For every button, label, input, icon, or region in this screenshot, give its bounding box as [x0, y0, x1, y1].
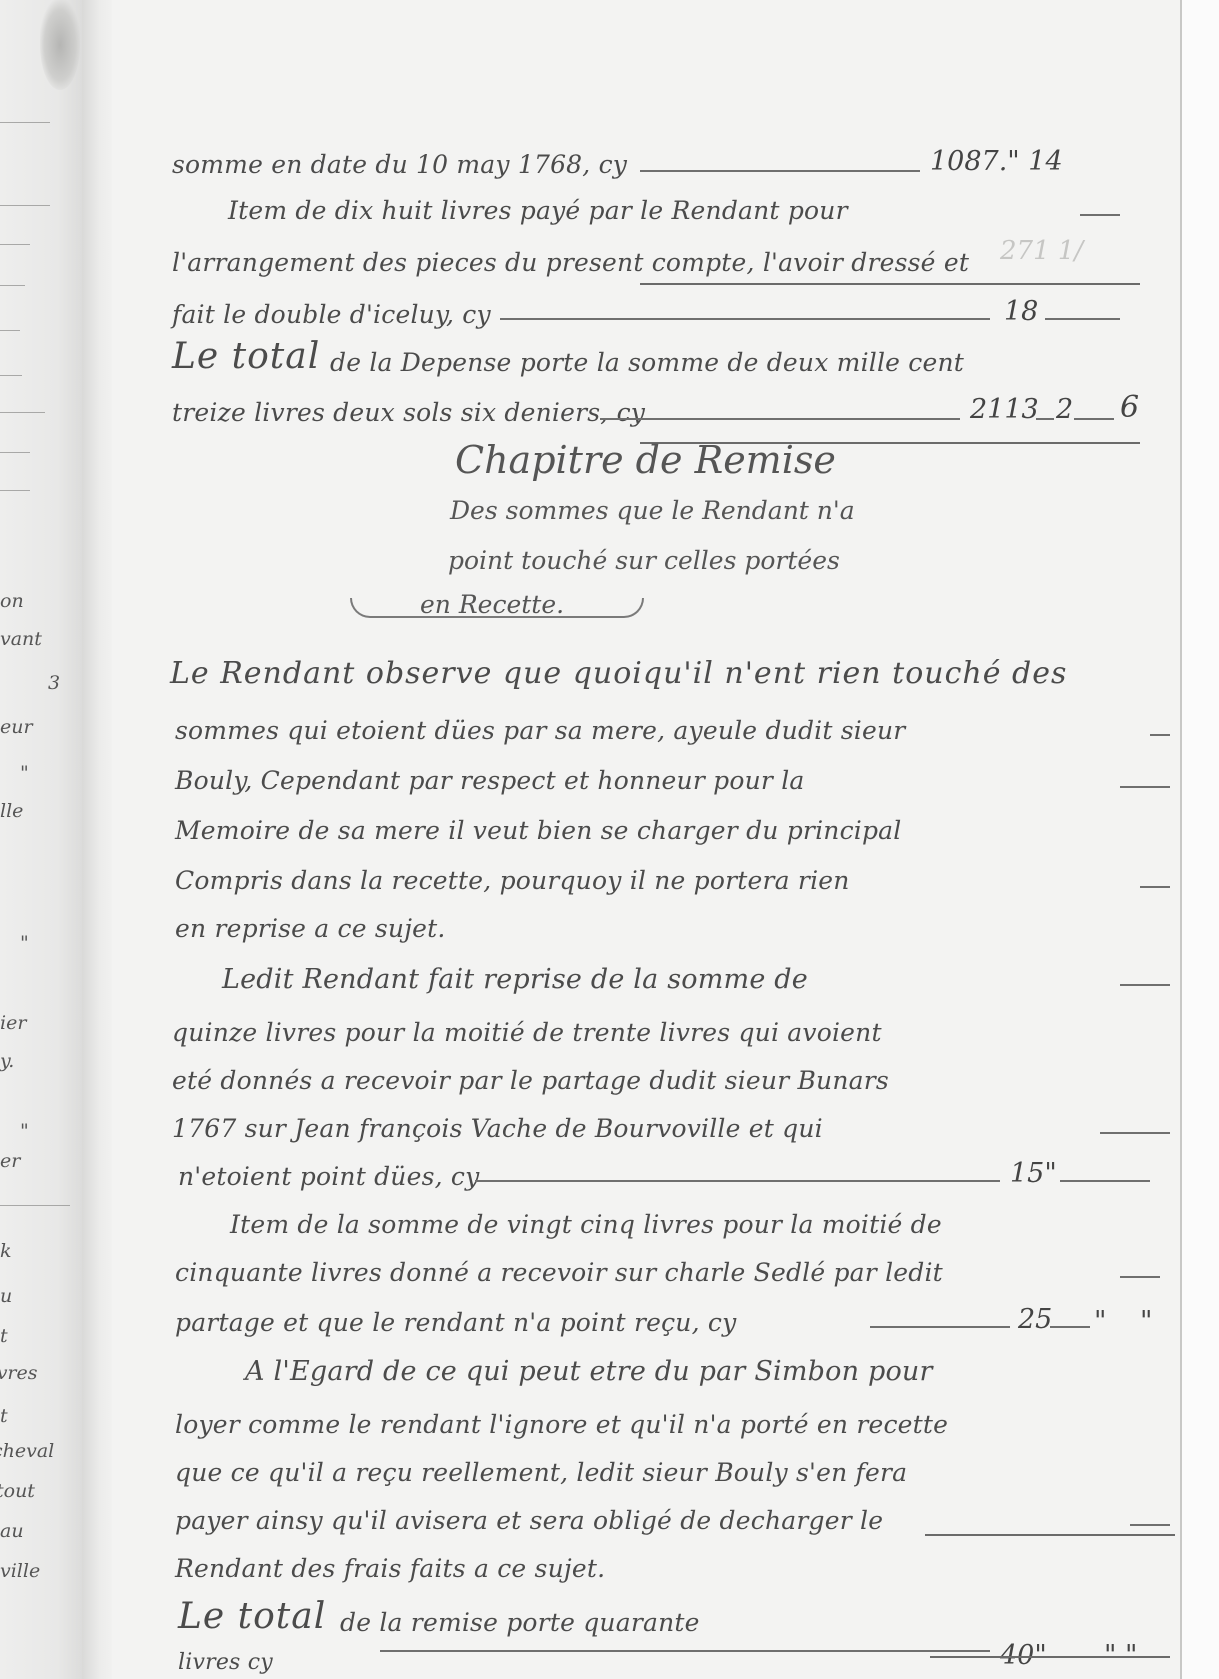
text-line: Compris dans la recette, pourquoy il ne … — [175, 866, 850, 895]
left-page-fragment: 3 — [48, 672, 60, 694]
total-label: Le total — [172, 336, 320, 377]
left-page-rule — [0, 452, 30, 453]
text-line: somme en date du 10 may 1768, cy — [172, 150, 627, 179]
text-line: de la Depense porte la somme de deux mil… — [330, 348, 964, 377]
fill-dash — [1120, 786, 1170, 788]
total-label: Le total — [178, 1596, 326, 1637]
total-rule-bottom — [930, 1656, 1170, 1658]
left-page-rule — [0, 375, 22, 376]
ink-bleedthrough: 271 1/ — [1000, 236, 1083, 266]
left-page-fragment: t — [0, 1325, 8, 1347]
amount-total-livres: 2113 — [970, 394, 1039, 425]
left-page-fragment: t — [0, 1405, 8, 1427]
fill-dash — [1140, 886, 1170, 888]
text-line: 1767 sur Jean françois Vache de Bourvovi… — [172, 1114, 823, 1143]
text-line: partage et que le rendant n'a point reçu… — [175, 1308, 736, 1337]
left-page-fragment: lle — [0, 800, 23, 822]
chapter-subtitle-line: Des sommes que le Rendant n'a — [450, 496, 855, 525]
text-line: Memoire de sa mere il veut bien se charg… — [175, 816, 901, 845]
fill-dash — [870, 1326, 1010, 1328]
amount-value: 15" — [1010, 1158, 1057, 1189]
text-line: treize livres deux sols six deniers, cy — [172, 398, 645, 427]
fill-dash — [1060, 1180, 1150, 1182]
left-page-rule — [0, 285, 25, 286]
text-line: n'etoient point dües, cy — [178, 1162, 479, 1191]
fill-dash — [1120, 984, 1170, 986]
heading-bracket — [350, 598, 644, 618]
text-line: livres cy — [178, 1650, 273, 1675]
text-line: Bouly, Cependant par respect et honneur … — [175, 766, 805, 795]
fill-dash — [1150, 734, 1170, 736]
text-line: de la remise porte quarante — [340, 1608, 700, 1637]
chapter-heading: Chapitre de Remise — [455, 438, 836, 482]
amount-total-sols: 2 — [1056, 394, 1073, 425]
fill-dash — [1074, 418, 1114, 420]
fill-dash — [1036, 418, 1054, 420]
page-gutter — [82, 0, 112, 1679]
total-rule-top — [640, 283, 1140, 285]
text-line: loyer comme le rendant l'ignore et qu'il… — [175, 1410, 948, 1439]
adjacent-page-strip: on vant 3 eur " lle " ier y. " er k u t … — [0, 0, 83, 1679]
amount-value: " — [1140, 1306, 1152, 1337]
amount-value: 1087." 14 — [930, 146, 1063, 177]
page-torn-edge — [1180, 0, 1219, 1679]
text-line: l'arrangement des pieces du present comp… — [172, 248, 969, 277]
left-page-rule — [0, 330, 20, 331]
left-page-fragment: " — [20, 1120, 29, 1142]
left-page-fragment: er — [0, 1150, 20, 1172]
text-line: eté donnés a recevoir par le partage dud… — [172, 1066, 889, 1095]
chapter-subtitle-line: point touché sur celles portées — [448, 546, 840, 575]
text-line: Item de la somme de vingt cinq livres po… — [230, 1210, 942, 1239]
left-page-fragment: " — [20, 932, 29, 954]
binding-stain — [40, 0, 80, 90]
fill-dash — [1045, 318, 1120, 320]
fill-dash — [1120, 1276, 1160, 1278]
left-page-fragment: Livres — [0, 1362, 38, 1384]
fill-dash — [600, 418, 960, 420]
manuscript-scan: on vant 3 eur " lle " ier y. " er k u t … — [0, 0, 1219, 1679]
amount-value: 18 — [1004, 296, 1038, 327]
amount-value: 25 — [1018, 1304, 1052, 1335]
fill-dash — [500, 318, 990, 320]
text-line: Rendant des frais faits a ce sujet. — [175, 1554, 605, 1583]
text-line: cinquante livres donné a recevoir sur ch… — [175, 1258, 943, 1287]
left-page-fragment: " — [20, 762, 29, 784]
fill-dash — [1080, 214, 1120, 216]
left-page-rule — [0, 244, 30, 245]
text-line: payer ainsy qu'il avisera et sera obligé… — [175, 1506, 883, 1535]
fill-dash — [475, 1180, 1000, 1182]
left-page-fragment: on — [0, 590, 24, 612]
left-page-fragment: vant — [0, 628, 42, 650]
total-rule-top — [925, 1534, 1175, 1536]
fill-dash — [1050, 1326, 1090, 1328]
text-line: que ce qu'il a reçu reellement, ledit si… — [175, 1458, 907, 1487]
left-page-fragment: y. — [0, 1050, 14, 1072]
left-page-fragment: ville — [0, 1560, 40, 1582]
left-page-fragment: au — [0, 1520, 24, 1542]
text-line: A l'Egard de ce qui peut etre du par Sim… — [245, 1356, 933, 1387]
text-line: Item de dix huit livres payé par le Rend… — [228, 196, 848, 225]
fill-dash — [1100, 1132, 1170, 1134]
fill-dash — [1130, 1524, 1170, 1526]
left-page-rule — [0, 122, 50, 123]
left-page-fragment: k — [0, 1240, 12, 1262]
left-page-fragment: cheval — [0, 1440, 54, 1462]
amount-value: " — [1094, 1306, 1106, 1337]
text-line: quinze livres pour la moitié de trente l… — [172, 1018, 882, 1047]
left-page-fragment: ier — [0, 1012, 26, 1034]
left-page-rule — [0, 490, 30, 491]
text-line: sommes qui etoient dües par sa mere, aye… — [175, 716, 905, 745]
left-page-fragment: eur — [0, 716, 33, 738]
text-line: Ledit Rendant fait reprise de la somme d… — [222, 964, 808, 995]
text-line: fait le double d'iceluy, cy — [172, 300, 491, 329]
fill-dash — [380, 1650, 990, 1652]
left-page-fragment: tout — [0, 1480, 35, 1502]
left-page-fragment: u — [0, 1285, 12, 1307]
text-line: Le Rendant observe que quoiqu'il n'ent r… — [170, 656, 1067, 691]
text-line: en reprise a ce sujet. — [175, 914, 446, 943]
left-page-rule — [0, 205, 50, 206]
left-page-rule — [0, 1205, 70, 1206]
left-page-rule — [0, 412, 45, 413]
fill-dash — [640, 170, 920, 172]
amount-total-deniers: 6 — [1120, 390, 1139, 425]
